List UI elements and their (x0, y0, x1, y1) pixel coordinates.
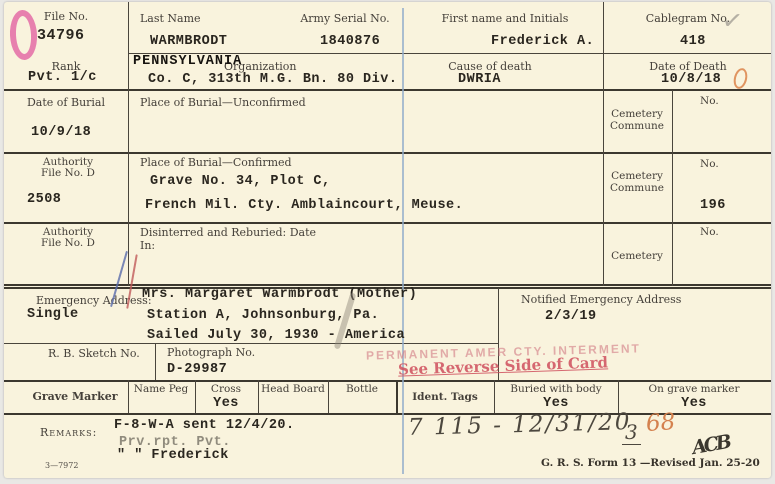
organization-value: Co. C, 313th M.G. Bn. 80 Div. (148, 72, 397, 87)
authority-file-label: File No. D (41, 237, 95, 249)
no-label: No. (700, 95, 719, 107)
divider (128, 380, 129, 413)
divider (4, 89, 771, 91)
in-label: In: (140, 239, 155, 252)
first-name-value: Frederick A. (491, 34, 594, 49)
cemetery-label: Cemetery (611, 170, 663, 182)
date-of-death-value: 10/8/18 (661, 72, 721, 87)
place-confirmed-line1: Grave No. 34, Plot C, (150, 174, 331, 189)
photograph-no-value: D-29987 (167, 362, 227, 377)
remarks-line1: F-8-W-A sent 12/4/20. (114, 418, 295, 433)
divider (494, 380, 495, 413)
divider (195, 380, 196, 413)
pink-zero-stamp (9, 9, 39, 60)
divider (328, 380, 329, 413)
cablegram-value: 418 (680, 34, 706, 49)
emergency-address-line3: Sailed July 30, 1930 - America (147, 328, 405, 343)
pencil-checkmark: ✓ (720, 5, 745, 37)
disinterred-label: Disinterred and Reburied: Date (140, 226, 316, 239)
remarks-line3: " " Frederick (117, 448, 229, 463)
notified-date-value: 2/3/19 (545, 309, 597, 324)
date-of-burial-label: Date of Burial (27, 96, 105, 109)
ledger-rule (402, 8, 404, 474)
head-board-label: Head Board (261, 383, 325, 395)
handwritten-ledger-number: 7 115 - 12/31/20 (408, 409, 632, 441)
authority-value: 2508 (27, 192, 61, 207)
marital-status-value: Single (27, 307, 79, 322)
place-confirmed-label: Place of Burial—Confirmed (140, 156, 292, 169)
place-confirmed-line2: French Mil. Cty. Amblaincourt, Meuse. (145, 198, 463, 213)
authority-file-label: File No. D (41, 167, 95, 179)
divider (603, 2, 604, 286)
cemetery-no-value: 196 (700, 198, 726, 213)
no-label: No. (700, 158, 719, 170)
divider (4, 380, 771, 382)
burial-record-card: File No. 34796 Last Name WARMBRODT Army … (4, 2, 771, 478)
serial-label: Army Serial No. (300, 12, 389, 25)
on-grave-marker-value: Yes (681, 396, 707, 411)
commune-label: Commune (610, 120, 664, 132)
handwritten-initials: ACB (690, 431, 730, 459)
divider (4, 343, 498, 344)
cause-of-death-value: DWRIA (458, 72, 501, 87)
date-of-burial-value: 10/9/18 (31, 125, 91, 140)
divider (396, 380, 398, 413)
divider (155, 343, 156, 380)
divider (4, 152, 771, 154)
name-peg-label: Name Peg (134, 383, 188, 395)
cemetery-label: Cemetery (611, 108, 663, 120)
notified-emergency-label: Notified Emergency Address (521, 293, 681, 306)
cross-value: Yes (213, 396, 239, 411)
divider (618, 380, 619, 413)
remarks-label: Remarks: (40, 426, 97, 439)
buried-with-body-label: Buried with body (510, 383, 602, 395)
first-name-label: First name and Initials (442, 12, 569, 25)
ident-tags-label: Ident. Tags (412, 391, 478, 403)
file-no-label: File No. (44, 10, 88, 23)
no-label: No. (700, 226, 719, 238)
orange-zero-mark (732, 67, 750, 91)
print-code: 3—7972 (45, 461, 78, 470)
buried-with-body-value: Yes (543, 396, 569, 411)
handwritten-orange-number: 68 (645, 409, 676, 437)
state-stamp: PENNSYLVANIA (133, 54, 242, 69)
bottle-label: Bottle (346, 383, 378, 395)
photograph-no-label: Photograph No. (167, 346, 255, 359)
sketch-no-label: R. B. Sketch No. (48, 347, 140, 360)
divider (258, 380, 259, 413)
place-unconfirmed-label: Place of Burial—Unconfirmed (140, 96, 306, 109)
emergency-address-line1: Mrs. Margaret Warmbrodt (Mother) (142, 287, 417, 302)
divider (672, 90, 673, 286)
cemetery-label: Cemetery (611, 250, 663, 262)
serial-value: 1840876 (320, 34, 380, 49)
divider (128, 2, 129, 286)
grave-marker-label: Grave Marker (32, 390, 117, 403)
divider (4, 222, 771, 224)
last-name-label: Last Name (140, 12, 201, 25)
handwritten-underlined-digit: 3 (622, 420, 641, 445)
cross-label: Cross (211, 383, 241, 395)
form-id: G. R. S. Form 13 —Revised Jan. 25-20 (541, 457, 760, 469)
on-grave-marker-label: On grave marker (648, 383, 739, 395)
divider (4, 284, 771, 286)
emergency-address-label: Emergency Address: (36, 294, 152, 307)
file-no-value: 34796 (37, 27, 85, 44)
rank-value: Pvt. 1/c (28, 70, 97, 85)
last-name-value: WARMBRODT (150, 34, 227, 49)
cablegram-label: Cablegram No. (646, 12, 730, 25)
commune-label: Commune (610, 182, 664, 194)
